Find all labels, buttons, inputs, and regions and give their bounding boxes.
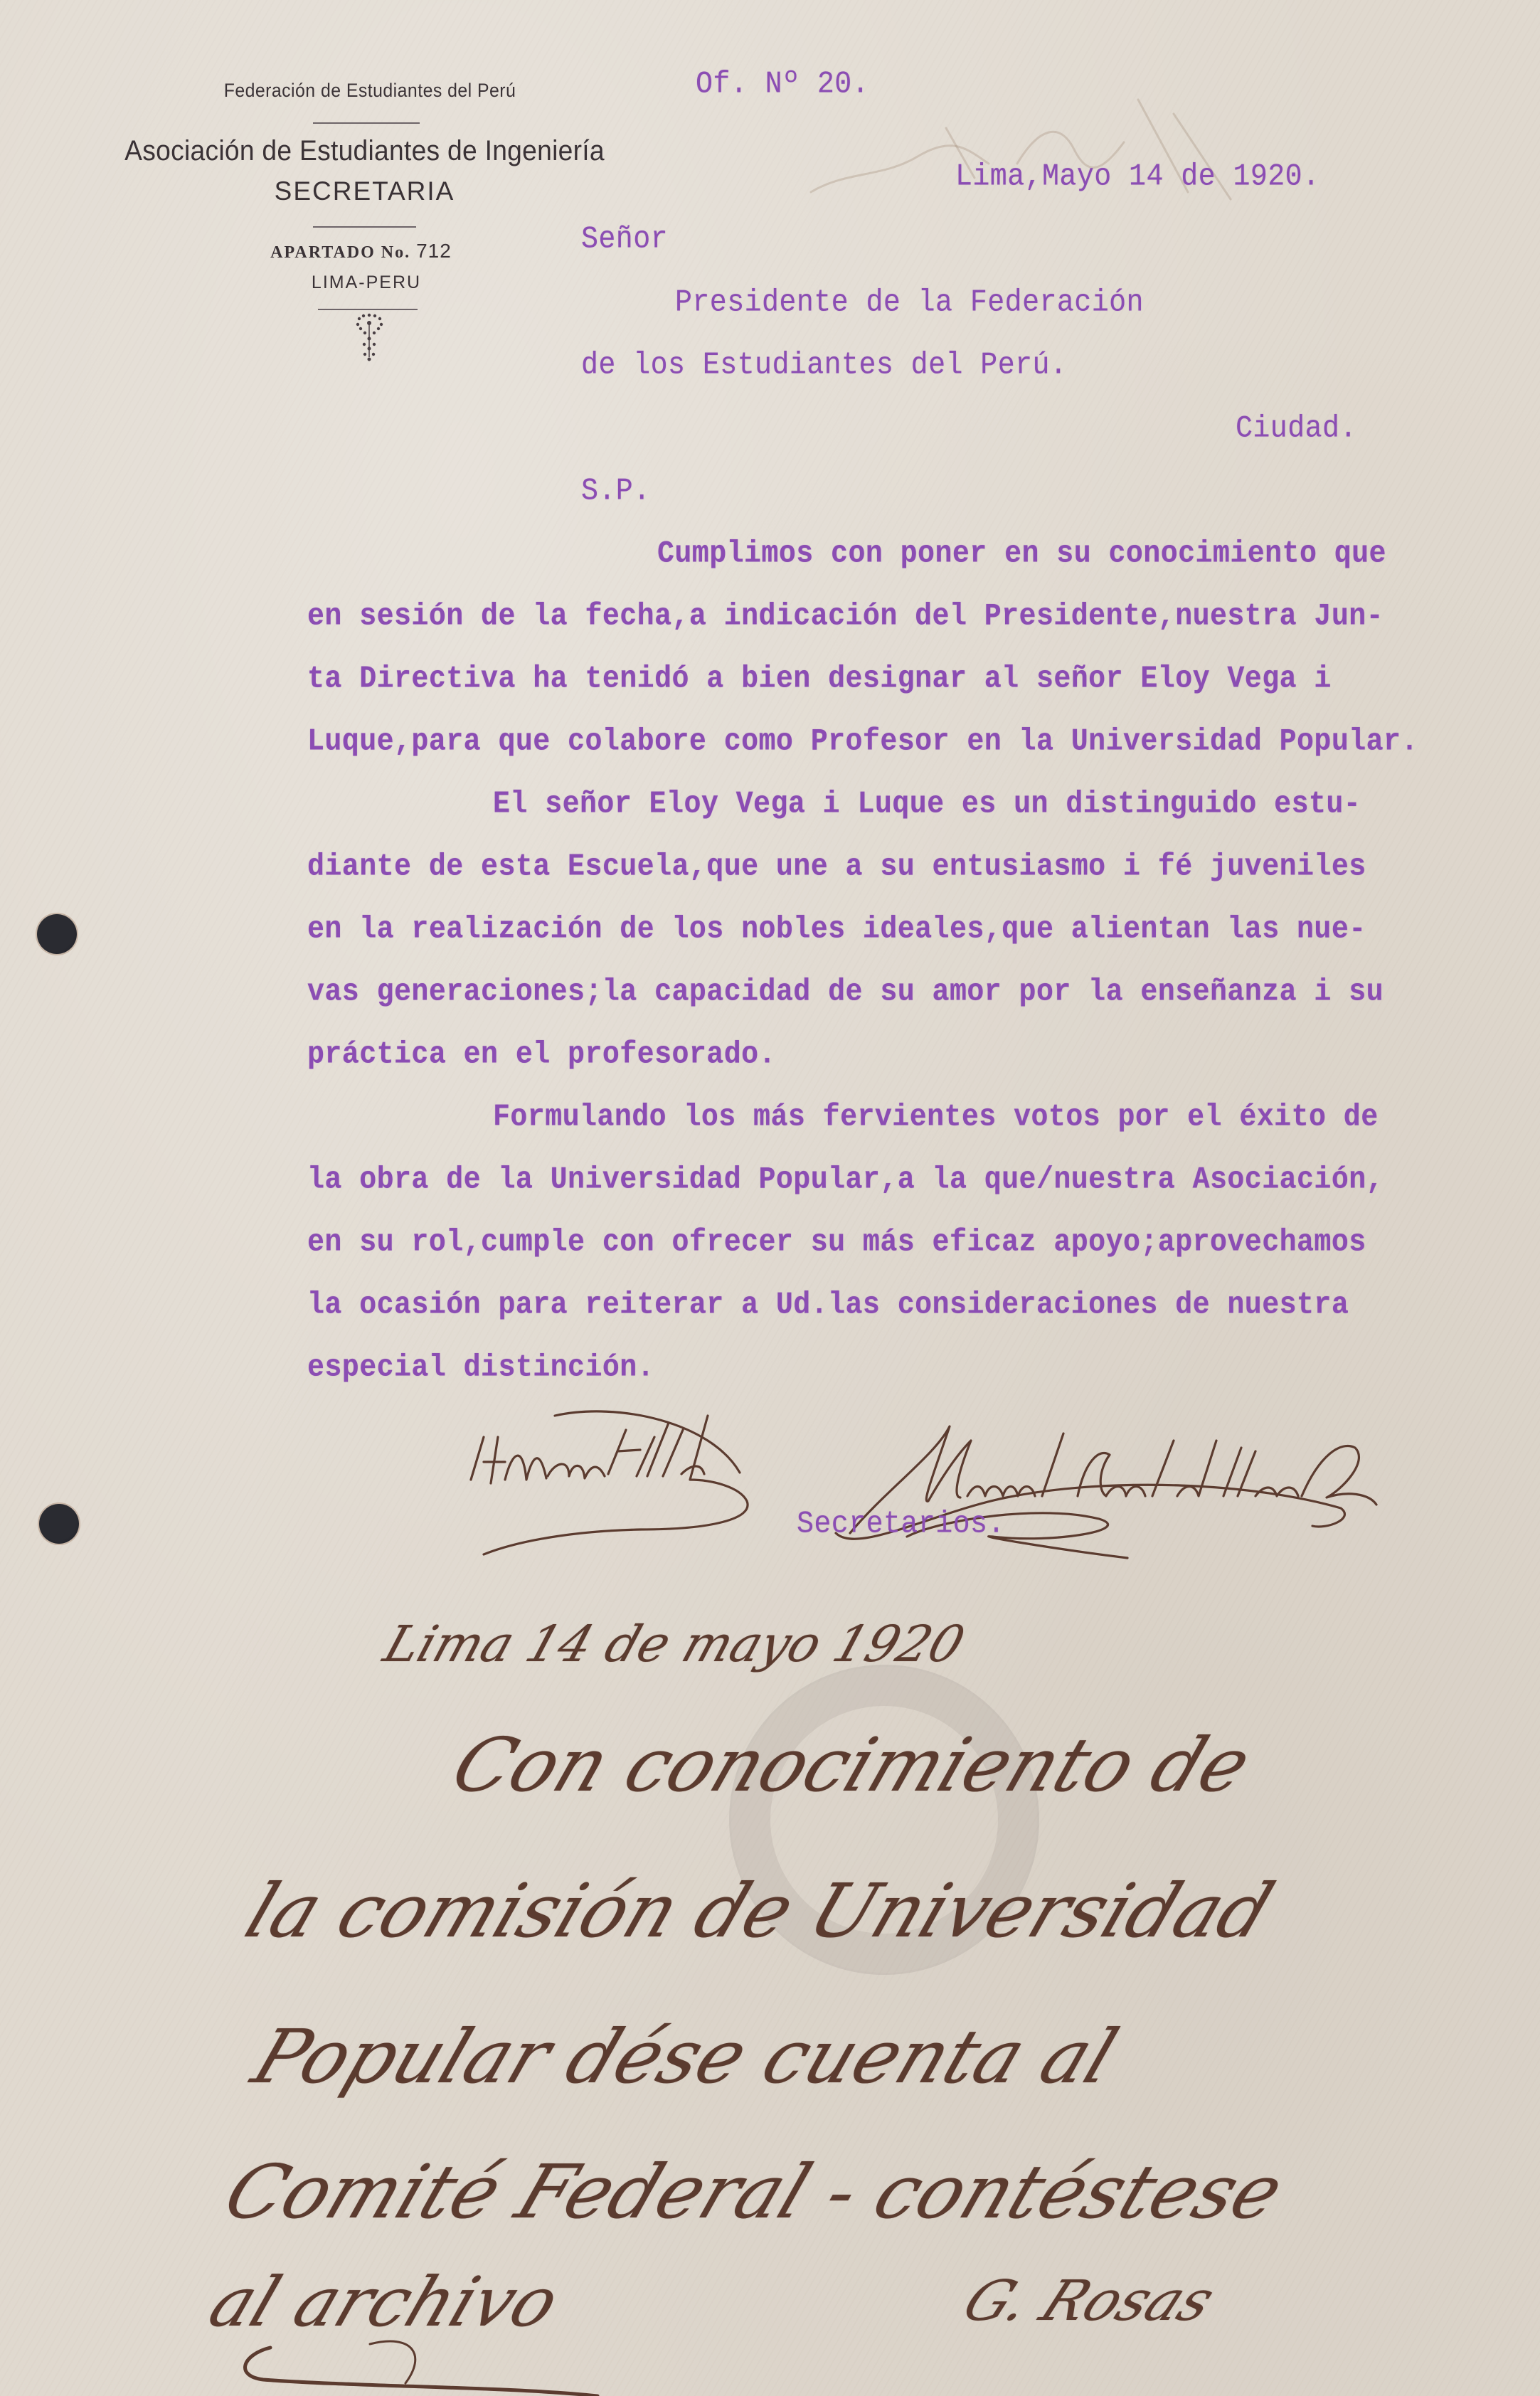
po-box-label: APARTADO No. — [270, 243, 410, 262]
body-line: diante de esta Escuela,que une a su entu… — [307, 852, 1366, 883]
body-line: El señor Eloy Vega i Luque es un disting… — [493, 790, 1361, 820]
body-line: en sesión de la fecha,a indicación del P… — [307, 602, 1384, 632]
closing-abbreviation: S.P. — [581, 477, 651, 507]
body-line: Cumplimos con poner en su conocimiento q… — [657, 539, 1386, 570]
office-reference: Of. Nº 20. — [696, 70, 869, 100]
letterhead-office: SECRETARIA — [245, 176, 484, 206]
letterhead-divider — [313, 122, 420, 124]
signature-left — [455, 1394, 797, 1537]
handwritten-flourish — [213, 2319, 782, 2396]
body-line: la ocasión para reiterar a Ud.las consid… — [307, 1290, 1349, 1321]
salutation: Señor — [581, 225, 668, 255]
ornamental-emblem-icon — [354, 313, 386, 363]
letterhead-po-box: APARTADO No. 712 — [238, 240, 484, 263]
body-line: especial distinción. — [307, 1353, 654, 1384]
handwritten-line: Con conocimiento de — [441, 1722, 1263, 1808]
addressee-city: Ciudad. — [1236, 414, 1357, 445]
body-line: en su rol,cumple con ofrecer su más efic… — [307, 1228, 1366, 1258]
letterhead-divider — [318, 309, 418, 310]
letterhead-federation: Federación de Estudiantes del Perú — [186, 80, 553, 102]
body-line: ta Directiva ha tenidó a bien designar a… — [307, 664, 1332, 695]
handwritten-line: Popular dése cuenta al — [242, 2013, 1128, 2100]
handwritten-line: la comisión de Universidad — [235, 1867, 1285, 1954]
place-date: Lima,Mayo 14 de 1920. — [955, 162, 1319, 193]
letterhead-divider — [313, 226, 416, 228]
body-line: Luque,para que colabore como Profesor en… — [307, 727, 1418, 758]
body-line: la obra de la Universidad Popular,a la q… — [307, 1165, 1384, 1196]
body-line: en la realización de los nobles ideales,… — [307, 915, 1366, 945]
addressee-line-2: de los Estudiantes del Perú. — [581, 351, 1067, 381]
po-box-number: 712 — [416, 240, 452, 262]
handwritten-line: Comité Federal - contéstese — [213, 2148, 1295, 2235]
handwritten-initials: G. Rosas — [953, 2269, 1224, 2333]
signatories-title: Secretarios. — [797, 1510, 1005, 1540]
addressee-line-1: Presidente de la Federación — [675, 288, 1144, 319]
handwritten-date: Lima 14 de mayo 1920 — [377, 1615, 972, 1673]
punch-hole — [37, 914, 77, 954]
letterhead-city: LIMA-PERU — [281, 272, 452, 293]
body-line: vas generaciones;la capacidad de su amor… — [307, 977, 1384, 1008]
punch-hole — [39, 1504, 79, 1544]
body-line: práctica en el profesorado. — [307, 1040, 776, 1071]
letterhead-association: Asociación de Estudiantes de Ingeniería — [88, 135, 641, 167]
body-line: Formulando los más fervientes votos por … — [493, 1103, 1379, 1133]
